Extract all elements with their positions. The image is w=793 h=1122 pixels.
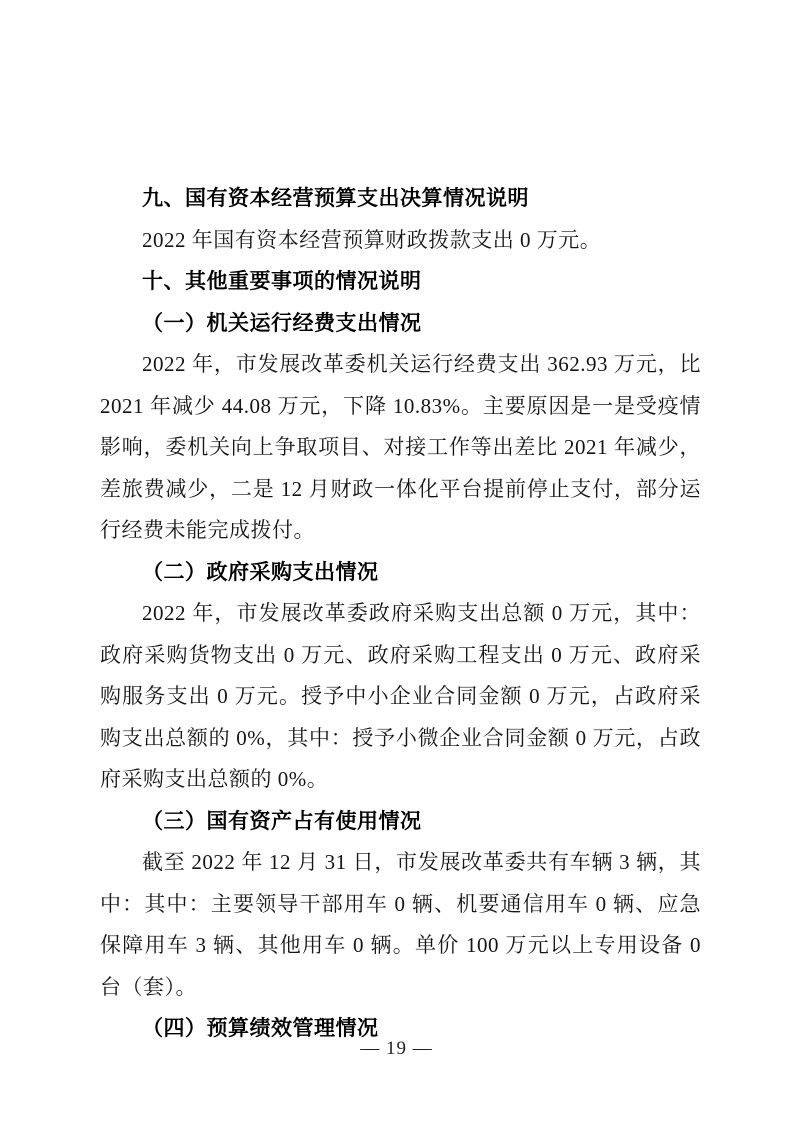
paragraph-procurement: 2022 年，市发展改革委政府采购支出总额 0 万元，其中：政府采购货物支出 0… [100,593,701,801]
document-body: 九、国有资本经营预算支出决算情况说明 2022 年国有资本经营预算财政拨款支出 … [100,178,701,1050]
subsection-heading-two-procurement: （二）政府采购支出情况 [100,552,701,594]
paragraph-state-assets: 截至 2022 年 12 月 31 日，市发展改革委共有车辆 3 辆，其中：其中… [100,842,701,1008]
section-heading-ten: 十、其他重要事项的情况说明 [100,261,701,303]
section-heading-nine: 九、国有资本经营预算支出决算情况说明 [100,178,701,220]
subsection-heading-one-operating-funds: （一）机关运行经费支出情况 [100,303,701,345]
document-page: 九、国有资本经营预算支出决算情况说明 2022 年国有资本经营预算财政拨款支出 … [0,0,793,1122]
subsection-heading-three-state-assets: （三）国有资产占有使用情况 [100,801,701,843]
paragraph-state-capital-expenditure: 2022 年国有资本经营预算财政拨款支出 0 万元。 [100,220,701,262]
page-number: — 19 — [0,1038,793,1060]
paragraph-operating-funds: 2022 年，市发展改革委机关运行经费支出 362.93 万元，比 2021 年… [100,344,701,552]
